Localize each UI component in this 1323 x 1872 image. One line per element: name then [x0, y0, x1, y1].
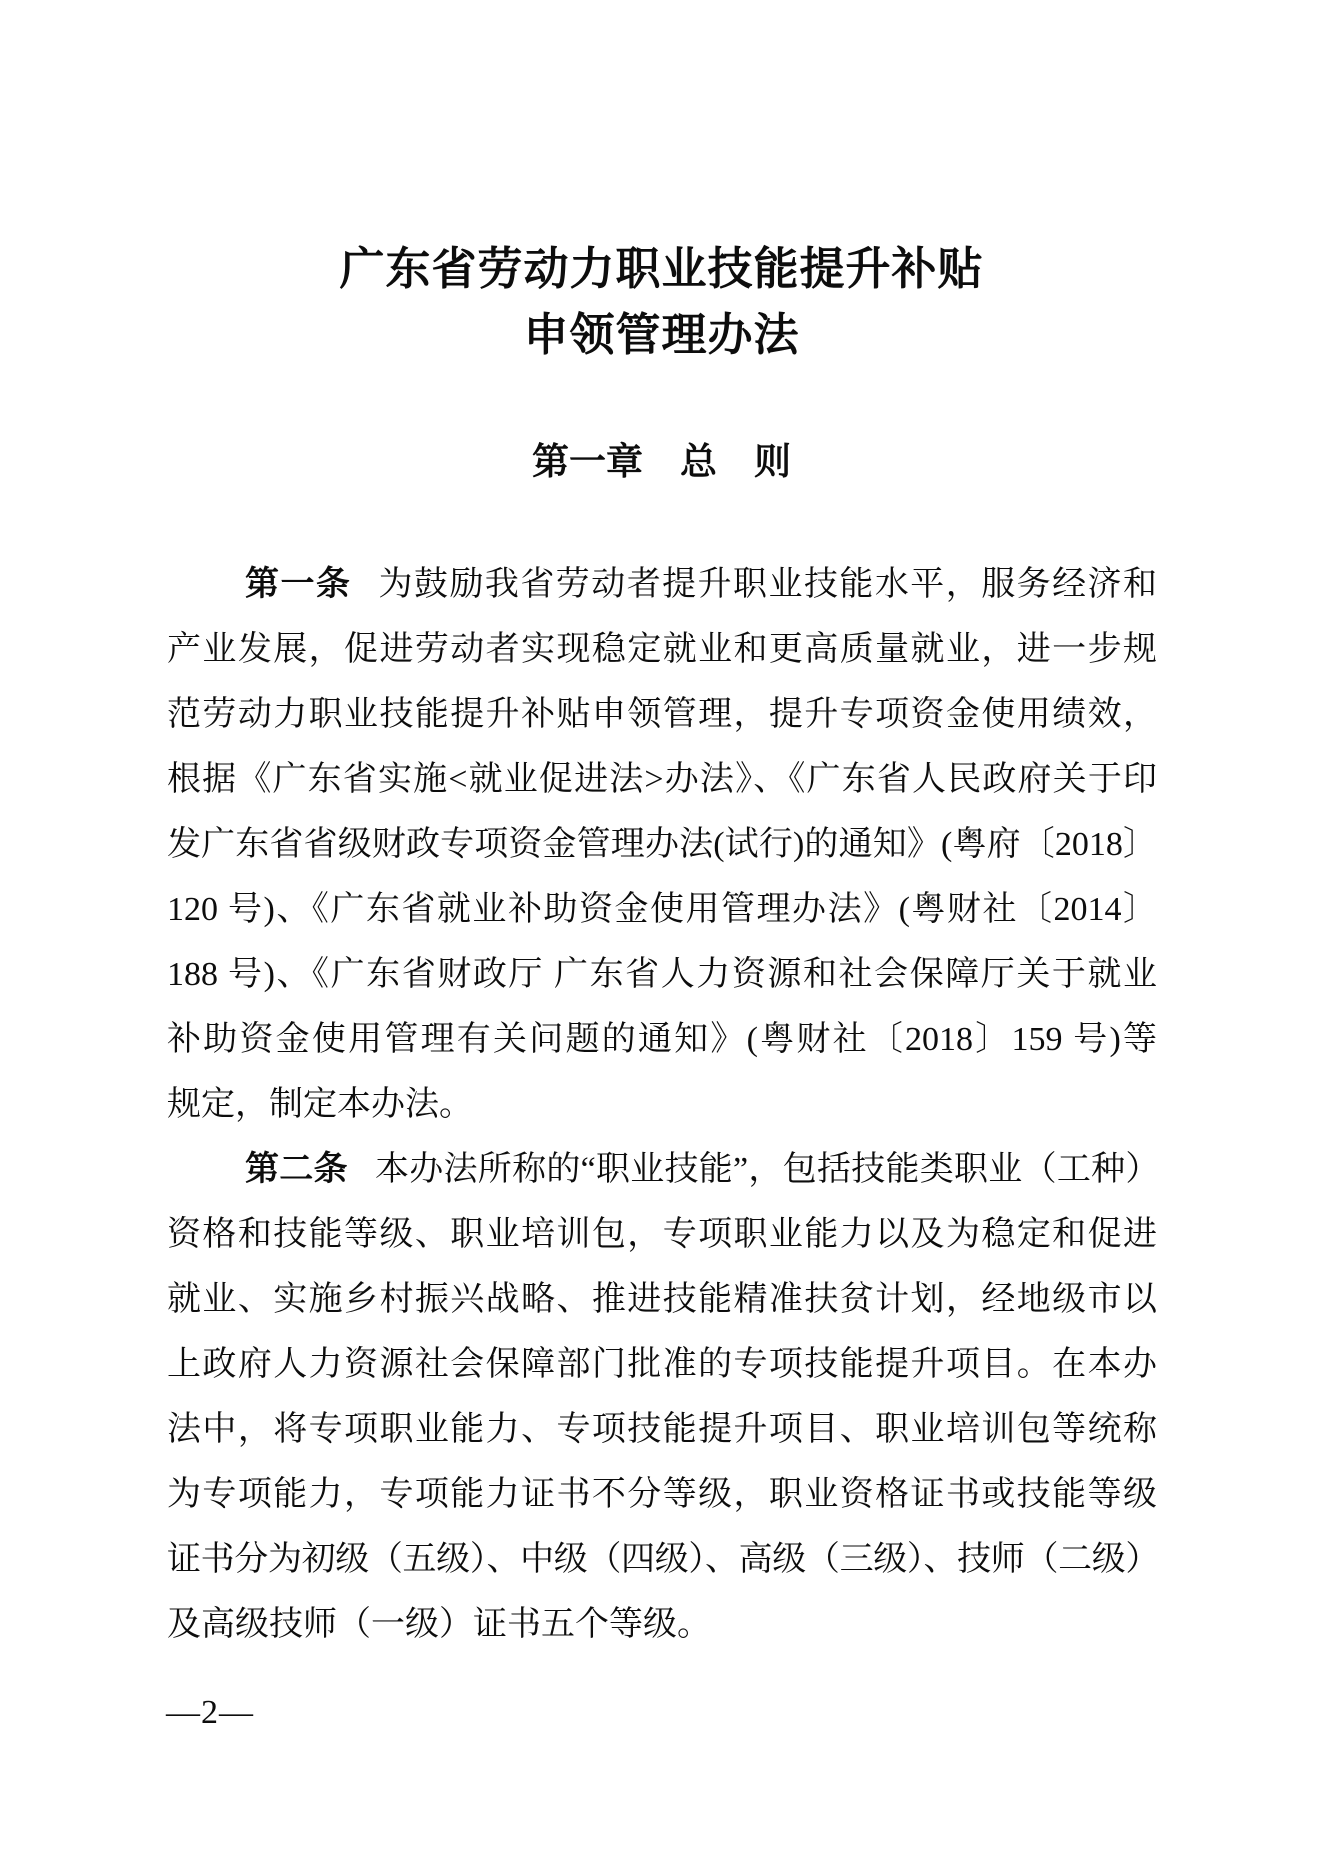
body-line: 发广东省省级财政专项资金管理办法(试行)的通知》(粤府〔2018〕 — [167, 812, 1157, 877]
chapter-heading: 第一章 总 则 — [0, 441, 1323, 485]
body-line-text: 本办法所称的“职业技能”，包括技能类职业（工种） — [375, 1151, 1157, 1188]
body-line: 120 号)、《广东省就业补助资金使用管理办法》(粤财社〔2014〕 — [167, 877, 1157, 942]
body-line: 规定，制定本办法。 — [167, 1072, 1157, 1137]
body-line: 为专项能力，专项能力证书不分等级，职业资格证书或技能等级 — [167, 1462, 1157, 1527]
body-line: 法中，将专项职业能力、专项技能提升项目、职业培训包等统称 — [167, 1397, 1157, 1462]
body-line: 上政府人力资源社会保障部门批准的专项技能提升项目。在本办 — [167, 1332, 1157, 1397]
body-line: 第二条本办法所称的“职业技能”，包括技能类职业（工种） — [167, 1137, 1157, 1202]
document-title: 广东省劳动力职业技能提升补贴 申领管理办法 — [0, 236, 1323, 368]
body-line: 资格和技能等级、职业培训包，专项职业能力以及为稳定和促进 — [167, 1202, 1157, 1267]
body-line: 第一条为鼓励我省劳动者提升职业技能水平，服务经济和 — [167, 552, 1157, 617]
article-number: 第二条 — [245, 1151, 348, 1188]
body-line: 就业、实施乡村振兴战略、推进技能精准扶贫计划，经地级市以 — [167, 1267, 1157, 1332]
body-line: 根据《广东省实施<就业促进法>办法》、《广东省人民政府关于印 — [167, 747, 1157, 812]
body-line: 补助资金使用管理有关问题的通知》(粤财社〔2018〕159 号)等 — [167, 1007, 1157, 1072]
body-line: 及高级技师（一级）证书五个等级。 — [167, 1592, 1157, 1657]
document-body: 第一条为鼓励我省劳动者提升职业技能水平，服务经济和 产业发展，促进劳动者实现稳定… — [167, 552, 1157, 1657]
title-line-1: 广东省劳动力职业技能提升补贴 — [0, 236, 1323, 302]
body-line-text: 为鼓励我省劳动者提升职业技能水平，服务经济和 — [379, 566, 1157, 603]
page-number: —2— — [166, 1694, 254, 1732]
body-line: 188 号)、《广东省财政厅 广东省人力资源和社会保障厅关于就业 — [167, 942, 1157, 1007]
title-line-2: 申领管理办法 — [0, 302, 1323, 368]
document-page: 广东省劳动力职业技能提升补贴 申领管理办法 第一章 总 则 第一条为鼓励我省劳动… — [0, 0, 1323, 1872]
body-line: 证书分为初级（五级）、中级（四级）、高级（三级）、技师（二级） — [167, 1527, 1157, 1592]
article-number: 第一条 — [245, 566, 351, 603]
body-line: 产业发展，促进劳动者实现稳定就业和更高质量就业，进一步规 — [167, 617, 1157, 682]
body-line: 范劳动力职业技能提升补贴申领管理，提升专项资金使用绩效， — [167, 682, 1157, 747]
